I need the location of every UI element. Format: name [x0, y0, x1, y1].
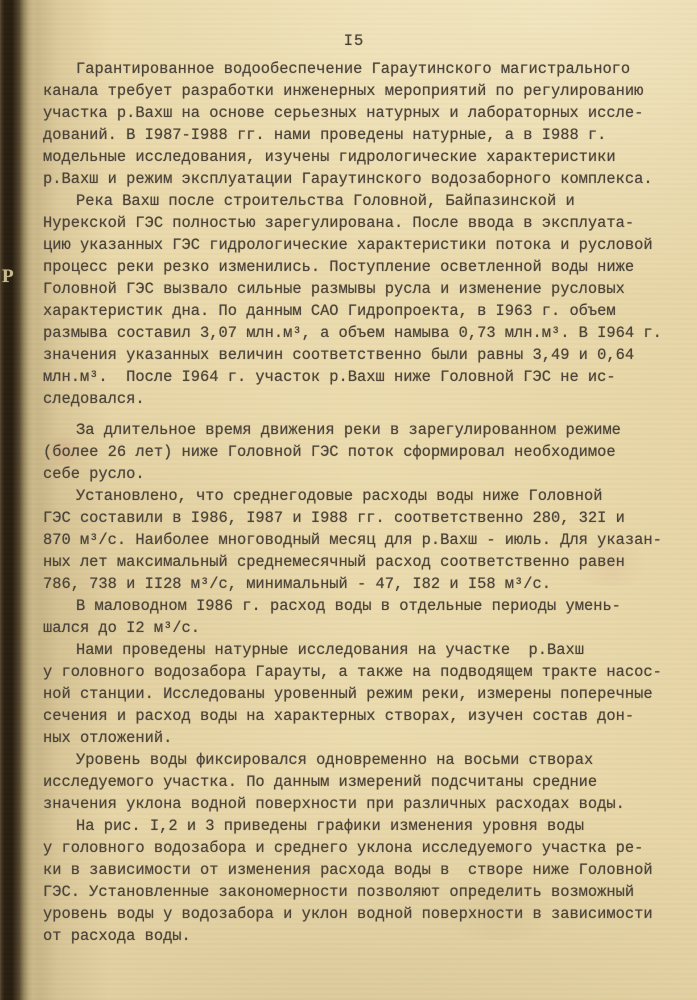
text-line: 870 м³/с. Наиболее многоводный месяц для…: [43, 529, 665, 551]
text-line: Нурекской ГЭС полностью зарегулирована. …: [43, 212, 665, 234]
paragraph: Река Вахш после строительства Головной, …: [43, 190, 665, 410]
text-line: уровень воды у водозабора и уклон водной…: [43, 903, 665, 925]
text-line: ГЭС. Установленные закономерности позвол…: [43, 881, 665, 903]
text-line: ки в зависимости от изменения расхода во…: [43, 859, 665, 881]
text-line: р.Вахш и режим эксплуатации Гараутинског…: [43, 168, 665, 190]
paragraphs: Гарантированное водообеспечение Гараутин…: [43, 58, 665, 947]
paragraph: Нами проведены натурные исследования на …: [43, 639, 665, 749]
text-line: Уровень воды фиксировался одновременно н…: [43, 749, 665, 771]
text-line: За длительное время движения реки в заре…: [43, 419, 665, 441]
text-line: исследуемого участка. По данным измерени…: [43, 771, 665, 793]
text-line: от расхода воды.: [43, 925, 665, 947]
paragraph: На рис. I,2 и 3 приведены графики измене…: [43, 815, 665, 947]
text-line: Установлено, что среднегодовые расходы в…: [43, 485, 665, 507]
page-body: I5 Гарантированное водообеспечение Гарау…: [43, 30, 665, 947]
text-line: Река Вахш после строительства Головной, …: [43, 190, 665, 212]
scanned-document-page: Р I5 Гарантированное водообеспечение Гар…: [0, 0, 697, 1000]
book-binding-edge: [0, 0, 42, 1000]
text-line: Гарантированное водообеспечение Гараутин…: [43, 58, 665, 80]
text-line: шался до I2 м³/с.: [43, 617, 665, 639]
edge-marginal-letter: Р: [2, 266, 14, 288]
text-line: участка р.Вахш на основе серьезных натур…: [43, 102, 665, 124]
text-line: ГЭС составили в I986, I987 и I988 гг. со…: [43, 507, 665, 529]
text-line: процесс реки резко изменились. Поступлен…: [43, 256, 665, 278]
paragraph: Установлено, что среднегодовые расходы в…: [43, 485, 665, 595]
text-line: себе русло.: [43, 463, 665, 485]
paragraph: В маловодном I986 г. расход воды в отдел…: [43, 595, 665, 639]
page-number: I5: [43, 30, 665, 52]
text-line: модельные исследования, изучены гидролог…: [43, 146, 665, 168]
text-line: ной станции. Исследованы уровенный режим…: [43, 683, 665, 705]
text-line: характеристик дна. По данным САО Гидропр…: [43, 300, 665, 322]
text-line: значения указанных величин соответственн…: [43, 344, 665, 366]
text-line: ных лет максимальный среднемесячный расх…: [43, 551, 665, 573]
text-line: В маловодном I986 г. расход воды в отдел…: [43, 595, 665, 617]
paragraph: За длительное время движения реки в заре…: [43, 419, 665, 485]
paragraph: Гарантированное водообеспечение Гараутин…: [43, 58, 665, 190]
text-line: размыва составил 3,07 млн.м³, а объем на…: [43, 322, 665, 344]
text-line: у головного водозабора Гарауты, а также …: [43, 661, 665, 683]
text-line: ных отложений.: [43, 727, 665, 749]
text-line: цию указанных ГЭС гидрологические характ…: [43, 234, 665, 256]
text-line: 786, 738 и II28 м³/с, минимальный - 47, …: [43, 573, 665, 595]
text-line: значения уклона водной поверхности при р…: [43, 793, 665, 815]
text-line: следовался.: [43, 388, 665, 410]
text-line: млн.м³. После I964 г. участок р.Вахш ниж…: [43, 366, 665, 388]
text-line: у головного водозабора и среднего уклона…: [43, 837, 665, 859]
text-line: На рис. I,2 и 3 приведены графики измене…: [43, 815, 665, 837]
text-line: Нами проведены натурные исследования на …: [43, 639, 665, 661]
text-line: сечения и расход воды на характерных ств…: [43, 705, 665, 727]
text-line: (более 26 лет) ниже Головной ГЭС поток с…: [43, 441, 665, 463]
text-line: канала требует разработки инженерных мер…: [43, 80, 665, 102]
text-line: Головной ГЭС вызвало сильные размывы рус…: [43, 278, 665, 300]
text-line: дований. В I987-I988 гг. нами проведены …: [43, 124, 665, 146]
paragraph: Уровень воды фиксировался одновременно н…: [43, 749, 665, 815]
